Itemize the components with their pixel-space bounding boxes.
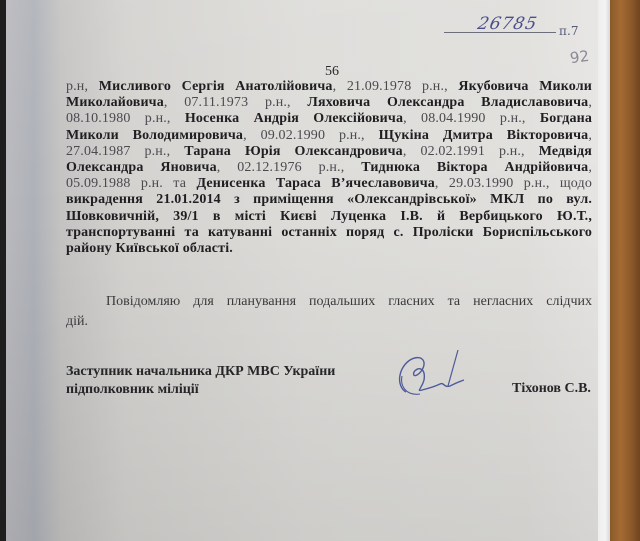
body-run: , 21.09.1978 р.н., [333,79,459,94]
notice-line-2: дій. [66,314,88,329]
page-edge [598,0,610,541]
body-run-bold: транспортуванні та катуванні останніх по… [66,225,592,240]
body-line: Миколайовича, 07.11.1973 р.н., Ляховича … [66,95,592,111]
body-line: 05.09.1988 р.н. та Денисенка Тараса В’яч… [66,176,592,192]
body-run: р.н, [66,79,99,94]
body-run-bold: Носенка Андрія Олексійовича [185,111,403,126]
body-line: транспортуванні та катуванні останніх по… [66,225,592,241]
body-run-bold: Тиднюка Віктора Андрійовича [361,160,588,175]
body-line: Шовковичній, 39/1 в місті Києві Луценка … [66,209,592,225]
handwritten-signature-icon [392,346,472,400]
body-paragraph: р.н, Мисливого Сергія Анатолійовича, 21.… [66,79,592,257]
signatory-name: Тіхонов С.В. [512,381,591,397]
registration-number: 26785 [476,14,539,34]
notice-line-1: Повідомляю для планування подальших глас… [66,292,592,312]
body-run-bold: Олександра Яновича [66,160,217,175]
body-run: , 09.02.1990 р.н., [243,128,378,143]
body-run: , [588,160,592,175]
wooden-desk-edge [610,0,640,541]
body-run: , 07.11.1973 р.н., [164,95,308,110]
body-run-bold: Миколи Володимировича [66,128,243,143]
body-run: , 02.02.1991 р.н., [403,144,539,159]
body-line: району Київської області. [66,241,592,257]
body-run-bold: Мисливого Сергія Анатолійовича [99,79,333,94]
body-line: 08.10.1980 р.н., Носенка Андрія Олексійо… [66,111,592,127]
body-line: р.н, Мисливого Сергія Анатолійовича, 21.… [66,79,592,95]
body-run: , [588,95,592,110]
body-run-bold: Богдана [540,111,592,126]
body-line: викрадення 21.01.2014 з приміщення «Олек… [66,192,592,208]
body-run-bold: Денисенка Тараса В’ячеславовича [196,176,434,191]
page-number: 56 [325,64,339,80]
body-run: , 08.04.1990 р.н., [403,111,540,126]
body-run-bold: Шовковичній, 39/1 в місті Києві Луценка … [66,209,592,224]
registration-suffix: п.7 [559,24,578,38]
body-run: 27.04.1987 р.н., [66,144,184,159]
body-run-bold: Тарана Юрія Олександровича [184,144,403,159]
body-run-bold: Миколайовича [66,95,164,110]
notice-paragraph: Повідомляю для планування подальших глас… [66,292,592,332]
body-line: 27.04.1987 р.н., Тарана Юрія Олександров… [66,144,592,160]
body-run: , [588,128,592,143]
signatory-position-line-2: підполковник міліції [66,381,335,399]
body-run-bold: викрадення 21.01.2014 з приміщення «Олек… [66,192,592,207]
body-run: 08.10.1980 р.н., [66,111,185,126]
signatory-position: Заступник начальника ДКР МВС України під… [66,363,335,399]
body-line: Олександра Яновича, 02.12.1976 р.н., Тид… [66,160,592,176]
body-run-bold: району Київської області. [66,241,233,256]
signatory-position-line-1: Заступник начальника ДКР МВС України [66,363,335,381]
registration-stamp: 26785 п.7 [444,14,572,40]
body-run: , 02.12.1976 р.н., [217,160,361,175]
body-run-bold: Якубовича Миколи [458,79,592,94]
body-run: 05.09.1988 р.н. та [66,176,196,191]
handwritten-sheet-number: 92 [569,47,590,67]
body-run: , 29.03.1990 р.н., щодо [435,176,592,191]
body-run-bold: Щукіна Дмитра Вікторовича [379,128,589,143]
body-run-bold: Медвідя [539,144,592,159]
body-run-bold: Ляховича Олександра Владиславовича [307,95,588,110]
body-line: Миколи Володимировича, 09.02.1990 р.н., … [66,128,592,144]
